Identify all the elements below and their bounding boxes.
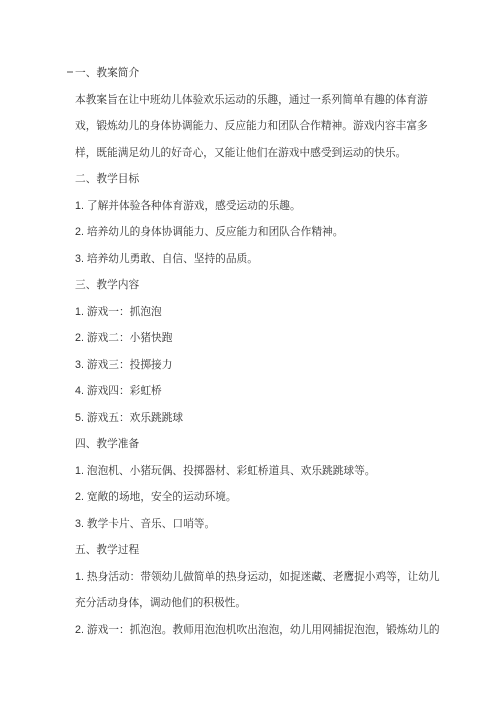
doc-line-body: 5. 游戏五：欢乐跳跳球: [75, 405, 440, 432]
doc-line-body: 充分活动身体，调动他们的积极性。: [75, 590, 440, 617]
doc-line-body: 3. 游戏三：投掷接力: [75, 352, 440, 379]
doc-line-heading: 二、教学目标: [75, 166, 440, 193]
doc-line-heading: 四、教学准备: [75, 431, 440, 458]
doc-line-body: 2. 培养幼儿的身体协调能力、反应能力和团队合作精神。: [75, 219, 440, 246]
doc-line-body: 3. 培养幼儿勇敢、自信、坚持的品质。: [75, 246, 440, 273]
doc-line-heading: 一、教案简介: [75, 60, 440, 87]
doc-line-heading: 三、教学内容: [75, 272, 440, 299]
doc-line-heading: 五、教学过程: [75, 537, 440, 564]
stray-dash-mark: [67, 71, 73, 73]
doc-line-body: 1. 泡泡机、小猪玩偶、投掷器材、彩虹桥道具、欢乐跳跳球等。: [75, 458, 440, 485]
doc-line-body: 1. 了解并体验各种体育游戏，感受运动的乐趣。: [75, 193, 440, 220]
doc-line-body: 1. 热身活动：带领幼儿做简单的热身运动，如捉迷藏、老鹰捉小鸡等，让幼儿: [75, 564, 440, 591]
doc-line-body: 本教案旨在让中班幼儿体验欢乐运动的乐趣，通过一系列简单有趣的体育游: [75, 87, 440, 114]
doc-line-body: 1. 游戏一：抓泡泡: [75, 299, 440, 326]
document-content: 一、教案简介本教案旨在让中班幼儿体验欢乐运动的乐趣，通过一系列简单有趣的体育游戏…: [75, 60, 440, 643]
doc-line-body: 4. 游戏四：彩虹桥: [75, 378, 440, 405]
document-page: 一、教案简介本教案旨在让中班幼儿体验欢乐运动的乐趣，通过一系列简单有趣的体育游戏…: [0, 0, 500, 707]
doc-line-body: 样，既能满足幼儿的好奇心，又能让他们在游戏中感受到运动的快乐。: [75, 140, 440, 167]
doc-line-body: 2. 游戏一：抓泡泡。教师用泡泡机吹出泡泡，幼儿用网捕捉泡泡，锻炼幼儿的: [75, 617, 440, 644]
doc-line-body: 3. 教学卡片、音乐、口哨等。: [75, 511, 440, 538]
doc-line-body: 戏，锻炼幼儿的身体协调能力、反应能力和团队合作精神。游戏内容丰富多: [75, 113, 440, 140]
doc-line-body: 2. 宽敞的场地，安全的运动环境。: [75, 484, 440, 511]
doc-line-body: 2. 游戏二：小猪快跑: [75, 325, 440, 352]
